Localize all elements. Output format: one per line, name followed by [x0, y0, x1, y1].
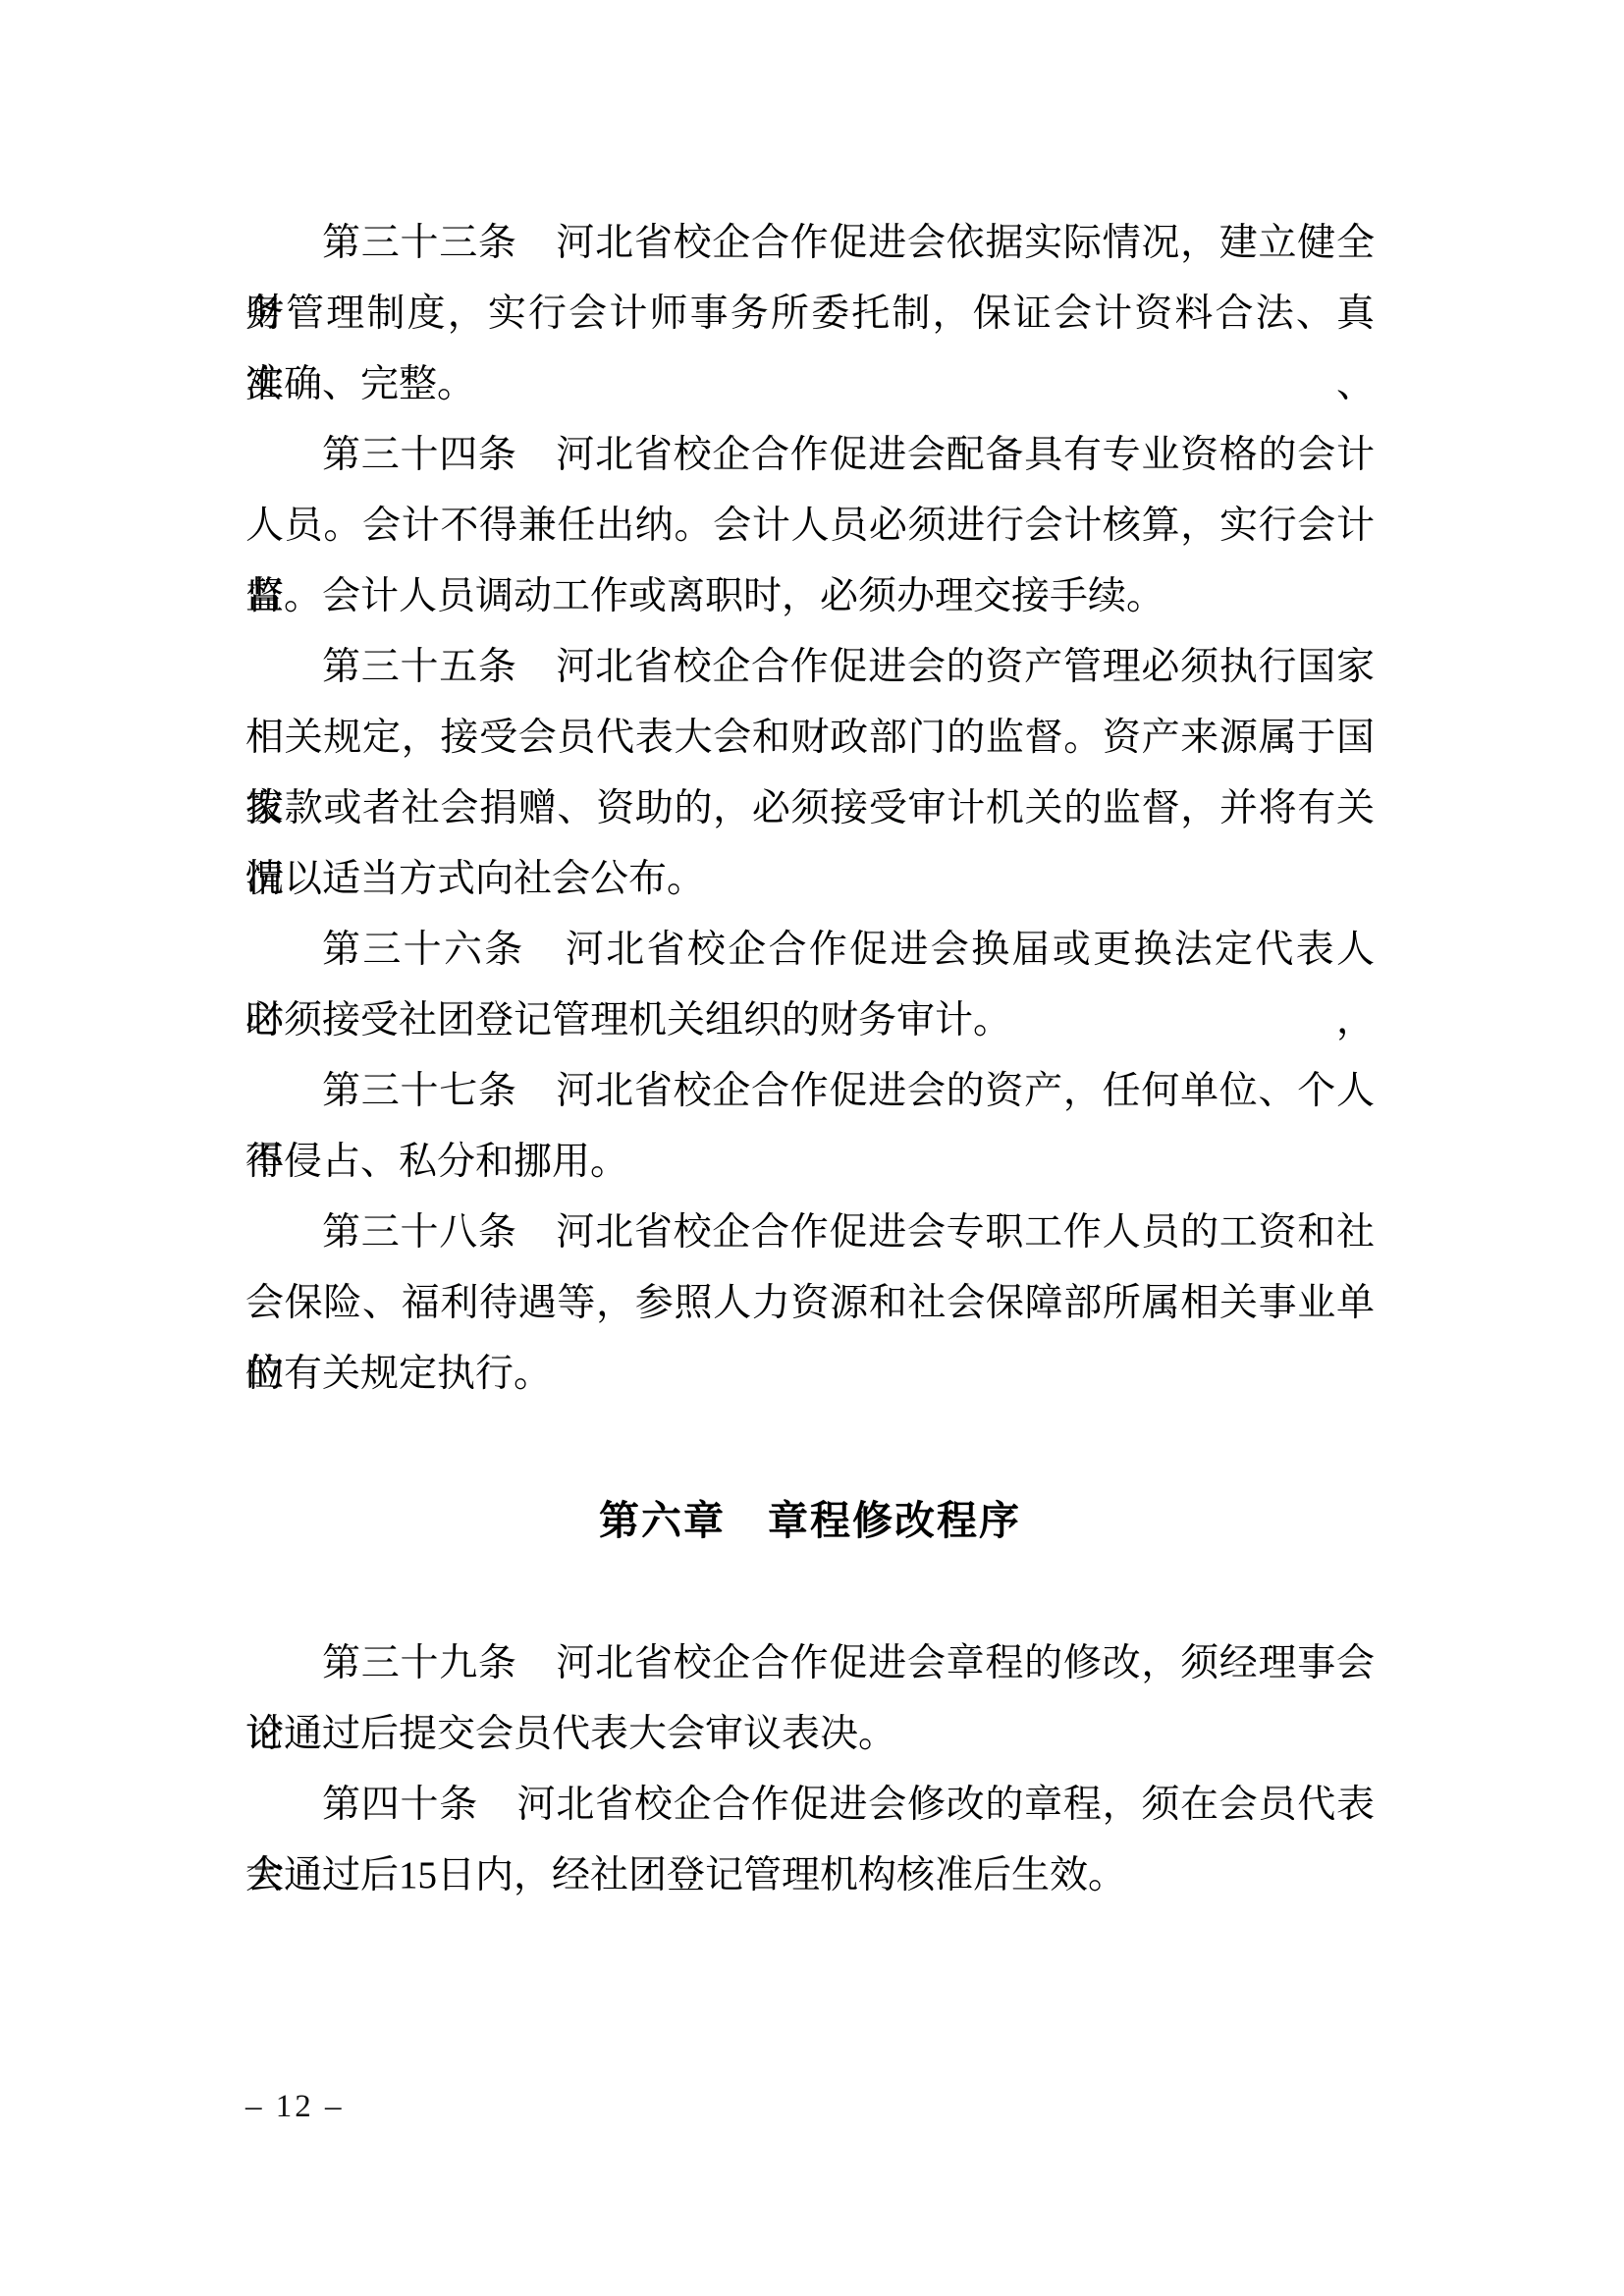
- document-body: 第三十三条 河北省校企合作促进会依据实际情况，建立健全财务管理制度，实行会计师事…: [245, 208, 1375, 1911]
- body-line: 的有关规定执行。: [245, 1339, 1375, 1410]
- body-section-finance: 第三十三条 河北省校企合作促进会依据实际情况，建立健全财务管理制度，实行会计师事…: [245, 208, 1375, 1410]
- body-line: 论通过后提交会员代表大会审议表决。: [245, 1699, 1375, 1770]
- body-line: 第三十四条 河北省校企合作促进会配备具有专业资格的会计: [245, 420, 1375, 491]
- body-line: 务管理制度，实行会计师事务所委托制，保证会计资料合法、真实、: [245, 279, 1375, 349]
- page-number: – 12 –: [245, 2083, 345, 2130]
- body-line: 得侵占、私分和挪用。: [245, 1127, 1375, 1198]
- body-line: 第三十八条 河北省校企合作促进会专职工作人员的工资和社: [245, 1198, 1375, 1268]
- body-line: 况以适当方式向社会公布。: [245, 844, 1375, 915]
- body-section-amendment: 第三十九条 河北省校企合作促进会章程的修改，须经理事会讨论通过后提交会员代表大会…: [245, 1629, 1375, 1911]
- body-line: 会通过后15日内，经社团登记管理机构核准后生效。: [245, 1841, 1375, 1911]
- body-line: 拨款或者社会捐赠、资助的，必须接受审计机关的监督，并将有关情: [245, 774, 1375, 844]
- body-line: 第三十六条 河北省校企合作促进会换届或更换法定代表人时，: [245, 915, 1375, 986]
- body-line: 第三十三条 河北省校企合作促进会依据实际情况，建立健全财: [245, 208, 1375, 279]
- document-page: 第三十三条 河北省校企合作促进会依据实际情况，建立健全财务管理制度，实行会计师事…: [0, 0, 1624, 2296]
- body-line: 第四十条 河北省校企合作促进会修改的章程，须在会员代表大: [245, 1770, 1375, 1841]
- body-line: 相关规定，接受会员代表大会和财政部门的监督。资产来源属于国家: [245, 703, 1375, 774]
- body-line: 第三十五条 河北省校企合作促进会的资产管理必须执行国家: [245, 632, 1375, 703]
- body-line: 人员。会计不得兼任出纳。会计人员必须进行会计核算，实行会计监: [245, 491, 1375, 561]
- body-line: 第三十九条 河北省校企合作促进会章程的修改，须经理事会讨: [245, 1629, 1375, 1699]
- body-line: 督。会计人员调动工作或离职时，必须办理交接手续。: [245, 561, 1375, 632]
- body-line: 会保险、福利待遇等，参照人力资源和社会保障部所属相关事业单位: [245, 1268, 1375, 1339]
- chapter-heading: 第六章 章程修改程序: [245, 1485, 1375, 1556]
- body-line: 第三十七条 河北省校企合作促进会的资产，任何单位、个人不: [245, 1056, 1375, 1127]
